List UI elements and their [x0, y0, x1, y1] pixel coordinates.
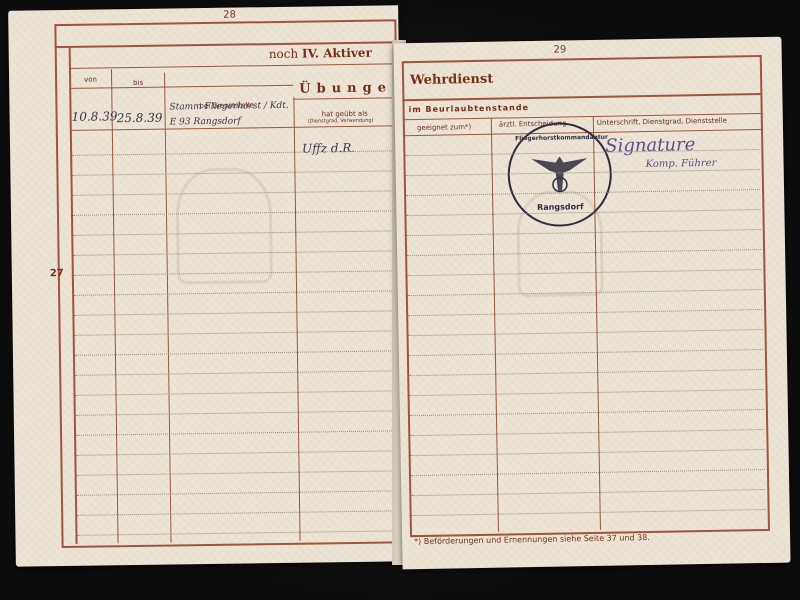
left-page: 28 27 noch IV. Aktiver Übungen von bis b…: [8, 5, 406, 566]
column-header-bis: bis: [133, 79, 143, 87]
section-title-main: IV. Aktiver: [302, 46, 372, 61]
section-title: noch IV. Aktiver: [269, 46, 372, 61]
page-number: 28: [223, 10, 236, 21]
stamp-bottom-text: Rangsdorf: [510, 202, 610, 213]
stamp-top-text: Fliegerhorstkommandantur: [515, 134, 603, 143]
column-header-geeignet: geeignet zum*): [417, 123, 471, 132]
right-page: 29 Wehrdienst im Beurlaubtenstande geeig…: [393, 37, 790, 570]
entry-geuebt-als: Uffz d.R.: [302, 141, 355, 156]
column-header-von: von: [84, 76, 97, 84]
section-title: Wehrdienst: [410, 72, 493, 88]
entry-dienststelle: Stamm Fliegerhorst / Kdt. E 93 Rangsdorf: [169, 99, 294, 131]
entry-bis: 25.8.39: [117, 111, 163, 126]
entry-von: 10.8.39: [72, 109, 118, 124]
signature-role: Komp. Führer: [645, 158, 716, 170]
column-header-geuebt-als-sub: (Dienstgrad, Verwendung): [308, 118, 374, 125]
signature: Signature: [605, 134, 695, 157]
side-number: 27: [50, 268, 64, 279]
page-number: 29: [553, 44, 566, 55]
section-title-prefix: noch: [269, 47, 299, 61]
